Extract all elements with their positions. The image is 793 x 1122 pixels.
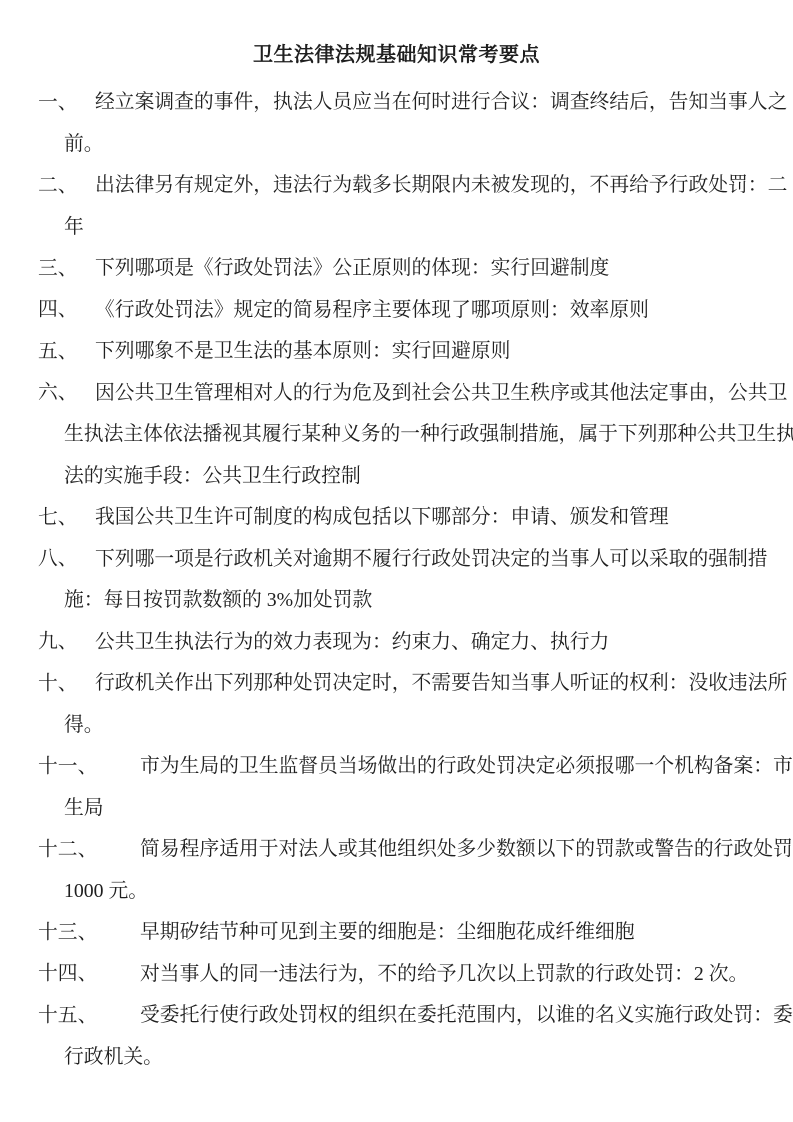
list-item-line: 法的实施手段：公共卫生行政控制 xyxy=(0,453,793,495)
list-item-line: 十二、简易程序适用于对法人或其他组织处多少数额以下的罚款或警告的行政处罚： xyxy=(0,826,793,868)
list-item-text: 施：每日按罚款数额的 3%加处罚款 xyxy=(64,583,372,612)
list-item-number: 五、 xyxy=(38,334,78,363)
list-item-line: 二、出法律另有规定外，违法行为载多长期限内未被发现的，不再给予行政处罚：二 xyxy=(0,162,793,204)
list-item-number: 一、 xyxy=(38,85,78,114)
list-item-number: 二、 xyxy=(38,168,78,197)
list-item-number: 四、 xyxy=(38,293,78,322)
document-title: 卫生法律法规基础知识常考要点 xyxy=(0,0,793,68)
list-item-line: 八、下列哪一项是行政机关对逾期不履行行政处罚决定的当事人可以采取的强制措 xyxy=(0,536,793,578)
list-item-text: 下列哪一项是行政机关对逾期不履行行政处罚决定的当事人可以采取的强制措 xyxy=(95,542,768,571)
list-item-line: 生执法主体依法播视其履行某种义务的一种行政强制措施，属于下列那种公共卫生执 xyxy=(0,411,793,453)
list-item-text: 经立案调查的事件，执法人员应当在何时进行合议：调查终结后，告知当事人之 xyxy=(95,85,787,114)
list-item-text: 对当事人的同一违法行为，不的给予几次以上罚款的行政处罚：2 次。 xyxy=(140,957,748,986)
list-item-text: 生局 xyxy=(64,791,104,820)
list-item-text: 因公共卫生管理相对人的行为危及到社会公共卫生秩序或其他法定事由，公共卫 xyxy=(95,376,787,405)
list-item-line: 一、经立案调查的事件，执法人员应当在何时进行合议：调查终结后，告知当事人之 xyxy=(0,79,793,121)
list-item-line: 三、下列哪项是《行政处罚法》公正原则的体现：实行回避制度 xyxy=(0,245,793,287)
list-item-number: 六、 xyxy=(38,376,78,405)
list-item-text: 年 xyxy=(64,210,84,239)
list-item-text: 法的实施手段：公共卫生行政控制 xyxy=(64,459,361,488)
document-page: 卫生法律法规基础知识常考要点 一、经立案调查的事件，执法人员应当在何时进行合议：… xyxy=(0,0,793,1122)
list-item-line: 十一、市为生局的卫生监督员当场做出的行政处罚决定必须报哪一个机构备案：市卫 xyxy=(0,743,793,785)
list-item-line: 生局 xyxy=(0,785,793,827)
list-item-text: 生执法主体依法播视其履行某种义务的一种行政强制措施，属于下列那种公共卫生执 xyxy=(64,417,793,446)
list-item-number: 十五、 xyxy=(38,998,97,1027)
list-item-line: 得。 xyxy=(0,702,793,744)
list-item-line: 十三、早期矽结节种可见到主要的细胞是：尘细胞花成纤维细胞 xyxy=(0,909,793,951)
list-item-line: 七、我国公共卫生许可制度的构成包括以下哪部分：申请、颁发和管理 xyxy=(0,494,793,536)
list-item-number: 十三、 xyxy=(38,915,97,944)
list-item-number: 十、 xyxy=(38,666,78,695)
list-item-number: 十二、 xyxy=(38,832,97,861)
list-item-line: 行政机关。 xyxy=(0,1034,793,1076)
list-item-line: 十、行政机关作出下列那种处罚决定时，不需要告知当事人听证的权利：没收违法所 xyxy=(0,660,793,702)
list-item-text: 我国公共卫生许可制度的构成包括以下哪部分：申请、颁发和管理 xyxy=(95,500,669,529)
list-item-number: 十四、 xyxy=(38,957,97,986)
list-item-text: 公共卫生执法行为的效力表现为：约束力、确定力、执行力 xyxy=(95,625,609,654)
list-item-text: 下列哪象不是卫生法的基本原则：实行回避原则 xyxy=(95,334,510,363)
list-item-line: 年 xyxy=(0,204,793,246)
list-item-text: 简易程序适用于对法人或其他组织处多少数额以下的罚款或警告的行政处罚： xyxy=(140,832,793,861)
list-item-line: 1000 元。 xyxy=(0,868,793,910)
list-item-number: 九、 xyxy=(38,625,78,654)
list-item-text: 《行政处罚法》规定的简易程序主要体现了哪项原则：效率原则 xyxy=(95,293,649,322)
list-item-text: 出法律另有规定外，违法行为载多长期限内未被发现的，不再给予行政处罚：二 xyxy=(95,168,787,197)
list-item-text: 下列哪项是《行政处罚法》公正原则的体现：实行回避制度 xyxy=(95,251,609,280)
list-item-number: 三、 xyxy=(38,251,78,280)
list-item-text: 市为生局的卫生监督员当场做出的行政处罚决定必须报哪一个机构备案：市卫 xyxy=(140,749,793,778)
document-body: 一、经立案调查的事件，执法人员应当在何时进行合议：调查终结后，告知当事人之前。二… xyxy=(0,79,793,1075)
list-item-text: 得。 xyxy=(64,708,104,737)
list-item-line: 施：每日按罚款数额的 3%加处罚款 xyxy=(0,577,793,619)
list-item-line: 十四、对当事人的同一违法行为，不的给予几次以上罚款的行政处罚：2 次。 xyxy=(0,951,793,993)
list-item-text: 1000 元。 xyxy=(64,874,148,903)
list-item-line: 九、公共卫生执法行为的效力表现为：约束力、确定力、执行力 xyxy=(0,619,793,661)
list-item-line: 十五、受委托行使行政处罚权的组织在委托范围内，以谁的名义实施行政处罚：委托 xyxy=(0,992,793,1034)
list-item-text: 行政机关作出下列那种处罚决定时，不需要告知当事人听证的权利：没收违法所 xyxy=(95,666,787,695)
list-item-text: 早期矽结节种可见到主要的细胞是：尘细胞花成纤维细胞 xyxy=(140,915,635,944)
list-item-number: 十一、 xyxy=(38,749,97,778)
list-item-line: 四、《行政处罚法》规定的简易程序主要体现了哪项原则：效率原则 xyxy=(0,287,793,329)
list-item-line: 五、下列哪象不是卫生法的基本原则：实行回避原则 xyxy=(0,328,793,370)
list-item-text: 前。 xyxy=(64,127,104,156)
list-item-text: 受委托行使行政处罚权的组织在委托范围内，以谁的名义实施行政处罚：委托 xyxy=(140,998,793,1027)
list-item-number: 七、 xyxy=(38,500,78,529)
list-item-line: 六、因公共卫生管理相对人的行为危及到社会公共卫生秩序或其他法定事由，公共卫 xyxy=(0,370,793,412)
list-item-text: 行政机关。 xyxy=(64,1040,163,1069)
list-item-number: 八、 xyxy=(38,542,78,571)
list-item-line: 前。 xyxy=(0,121,793,163)
